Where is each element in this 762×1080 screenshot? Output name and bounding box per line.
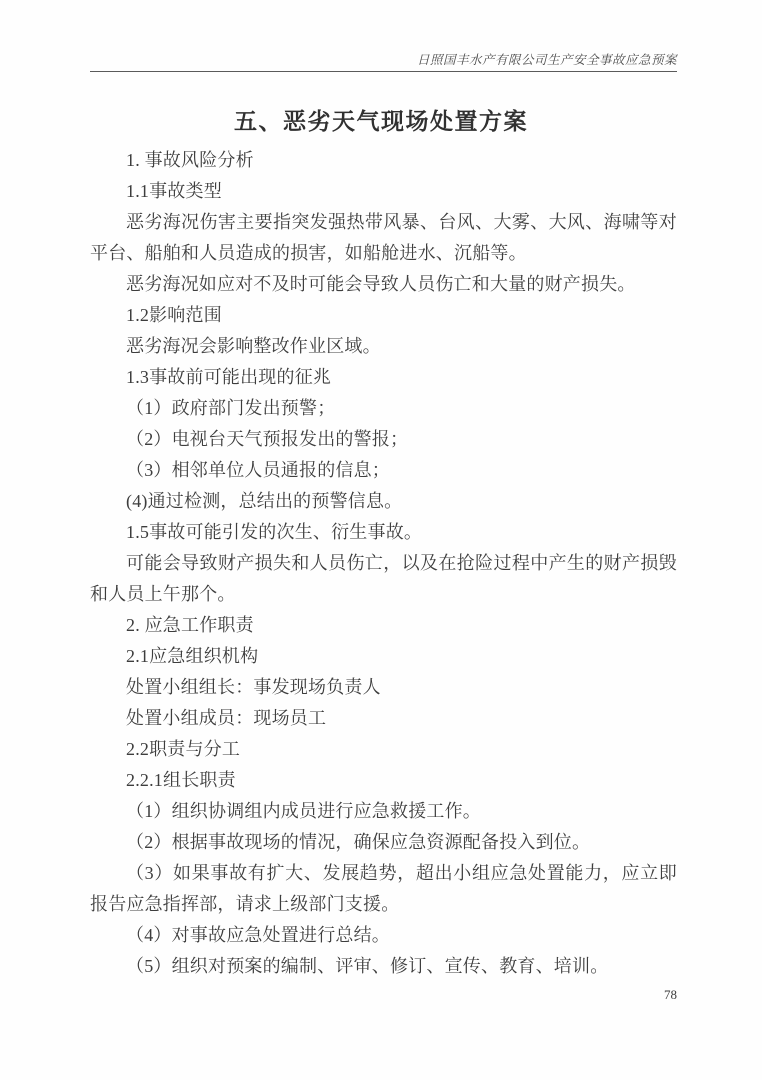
paragraph: 1.1事故类型 — [90, 176, 677, 207]
paragraph: （4）对事故应急处置进行总结。 — [90, 920, 677, 951]
paragraph: （5）组织对预案的编制、评审、修订、宣传、教育、培训。 — [90, 951, 677, 982]
page-title: 五、恶劣天气现场处置方案 — [0, 103, 762, 136]
paragraph: 恶劣海况会影响整改作业区域。 — [90, 331, 677, 362]
paragraph: 1.5事故可能引发的次生、衍生事故。 — [90, 517, 677, 548]
paragraph: 2.2.1组长职责 — [90, 765, 677, 796]
paragraph: 2.1应急组织机构 — [90, 641, 677, 672]
paragraph: （1）组织协调组内成员进行应急救援工作。 — [90, 796, 677, 827]
paragraph: (4)通过检测，总结出的预警信息。 — [90, 486, 677, 517]
paragraph: （1）政府部门发出预警； — [90, 393, 677, 424]
paragraph: 恶劣海况伤害主要指突发强热带风暴、台风、大雾、大风、海啸等对平台、船舶和人员造成… — [90, 207, 677, 269]
paragraph: 恶劣海况如应对不及时可能会导致人员伤亡和大量的财产损失。 — [90, 269, 677, 300]
header-rule — [90, 71, 677, 72]
paragraph: 可能会导致财产损失和人员伤亡，以及在抢险过程中产生的财产损毁和人员上午那个。 — [90, 548, 677, 610]
paragraph: 2.2职责与分工 — [90, 734, 677, 765]
paragraph: 处置小组成员：现场员工 — [90, 703, 677, 734]
document-page: 日照国丰水产有限公司生产安全事故应急预案 五、恶劣天气现场处置方案 1. 事故风… — [0, 0, 762, 1080]
paragraph: 1.2影响范围 — [90, 300, 677, 331]
paragraph: （3）相邻单位人员通报的信息； — [90, 455, 677, 486]
paragraph: 2. 应急工作职责 — [90, 610, 677, 641]
paragraph: 处置小组组长：事发现场负责人 — [90, 672, 677, 703]
paragraph: 1.3事故前可能出现的征兆 — [90, 362, 677, 393]
paragraph: （3）如果事故有扩大、发展趋势，超出小组应急处置能力，应立即报告应急指挥部，请求… — [90, 858, 677, 920]
paragraph: （2）电视台天气预报发出的警报； — [90, 424, 677, 455]
document-body: 1. 事故风险分析1.1事故类型恶劣海况伤害主要指突发强热带风暴、台风、大雾、大… — [90, 145, 677, 982]
paragraph: 1. 事故风险分析 — [90, 145, 677, 176]
page-number: 78 — [90, 987, 677, 1003]
paragraph: （2）根据事故现场的情况，确保应急资源配备投入到位。 — [90, 827, 677, 858]
header-text: 日照国丰水产有限公司生产安全事故应急预案 — [417, 53, 677, 67]
page-header: 日照国丰水产有限公司生产安全事故应急预案 — [90, 50, 677, 68]
